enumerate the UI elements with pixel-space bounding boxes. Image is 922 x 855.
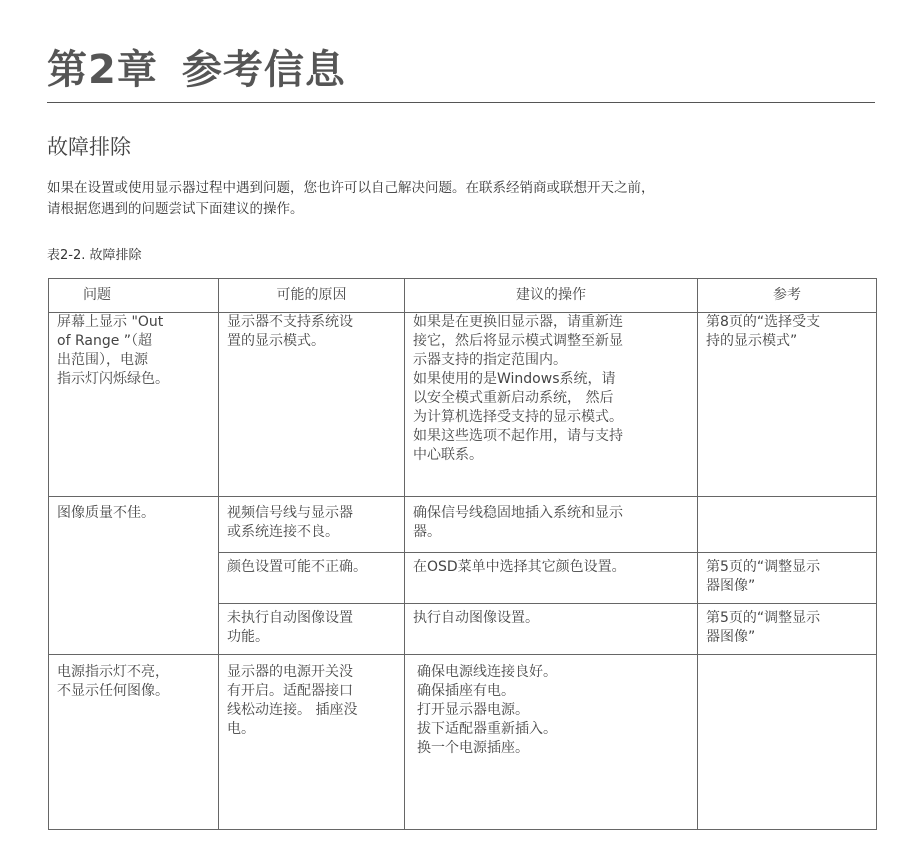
table-row: 屏幕上显示 "Out of Range ”（超 出范围），电源 指示灯闪烁绿色。… (49, 313, 877, 497)
chapter-divider (47, 102, 875, 103)
section-title: 故障排除 (47, 132, 131, 162)
problem-cell: 图像质量不佳。 (49, 497, 219, 655)
reference-cell (698, 497, 877, 553)
chapter-title: 第2章参考信息 (47, 44, 346, 96)
table-caption: 表2-2. 故障排除 (47, 246, 142, 266)
cause-cell: 视频信号线与显示器 或系统连接不良。 (219, 497, 405, 553)
column-header-action: 建议的操作 (405, 279, 698, 313)
table-row: 电源指示灯不亮， 不显示任何图像。 显示器的电源开关没 有开启。适配器接口 线松… (49, 655, 877, 830)
problem-cell: 电源指示灯不亮， 不显示任何图像。 (49, 655, 219, 830)
action-cell: 确保电源线连接良好。 确保插座有电。 打开显示器电源。 拔下适配器重新插入。 换… (405, 655, 698, 830)
action-cell: 确保信号线稳固地插入系统和显示 器。 (405, 497, 698, 553)
action-cell: 在OSD菜单中选择其它颜色设置。 (405, 553, 698, 604)
action-cell: 执行自动图像设置。 (405, 604, 698, 655)
troubleshooting-table: 问题 可能的原因 建议的操作 参考 屏幕上显示 "Out of Range ”（… (48, 278, 877, 830)
table-row: 图像质量不佳。 视频信号线与显示器 或系统连接不良。 确保信号线稳固地插入系统和… (49, 497, 877, 553)
problem-cell: 屏幕上显示 "Out of Range ”（超 出范围），电源 指示灯闪烁绿色。 (49, 313, 219, 497)
table-header-row: 问题 可能的原因 建议的操作 参考 (49, 279, 877, 313)
cause-cell: 显示器不支持系统设 置的显示模式。 (219, 313, 405, 497)
cause-cell: 颜色设置可能不正确。 (219, 553, 405, 604)
chapter-name: 参考信息 (182, 47, 346, 93)
intro-line: 请根据您遇到的问题尝试下面建议的操作。 (47, 199, 877, 220)
reference-cell: 第8页的“选择受支 持的显示模式” (698, 313, 877, 497)
reference-cell: 第5页的“调整显示 器图像” (698, 553, 877, 604)
column-header-reference: 参考 (698, 279, 877, 313)
cause-cell: 未执行自动图像设置 功能。 (219, 604, 405, 655)
chapter-number: 第2章 (47, 47, 158, 93)
reference-cell (698, 655, 877, 830)
cause-cell: 显示器的电源开关没 有开启。适配器接口 线松动连接。 插座没 电。 (219, 655, 405, 830)
reference-cell: 第5页的“调整显示 器图像” (698, 604, 877, 655)
intro-paragraph: 如果在设置或使用显示器过程中遇到问题，您也许可以自己解决问题。在联系经销商或联想… (47, 178, 877, 220)
intro-line: 如果在设置或使用显示器过程中遇到问题，您也许可以自己解决问题。在联系经销商或联想… (47, 178, 877, 199)
column-header-cause: 可能的原因 (219, 279, 405, 313)
column-header-problem: 问题 (49, 279, 219, 313)
action-cell: 如果是在更换旧显示器，请重新连 接它，然后将显示模式调整至新显 示器支持的指定范… (405, 313, 698, 497)
